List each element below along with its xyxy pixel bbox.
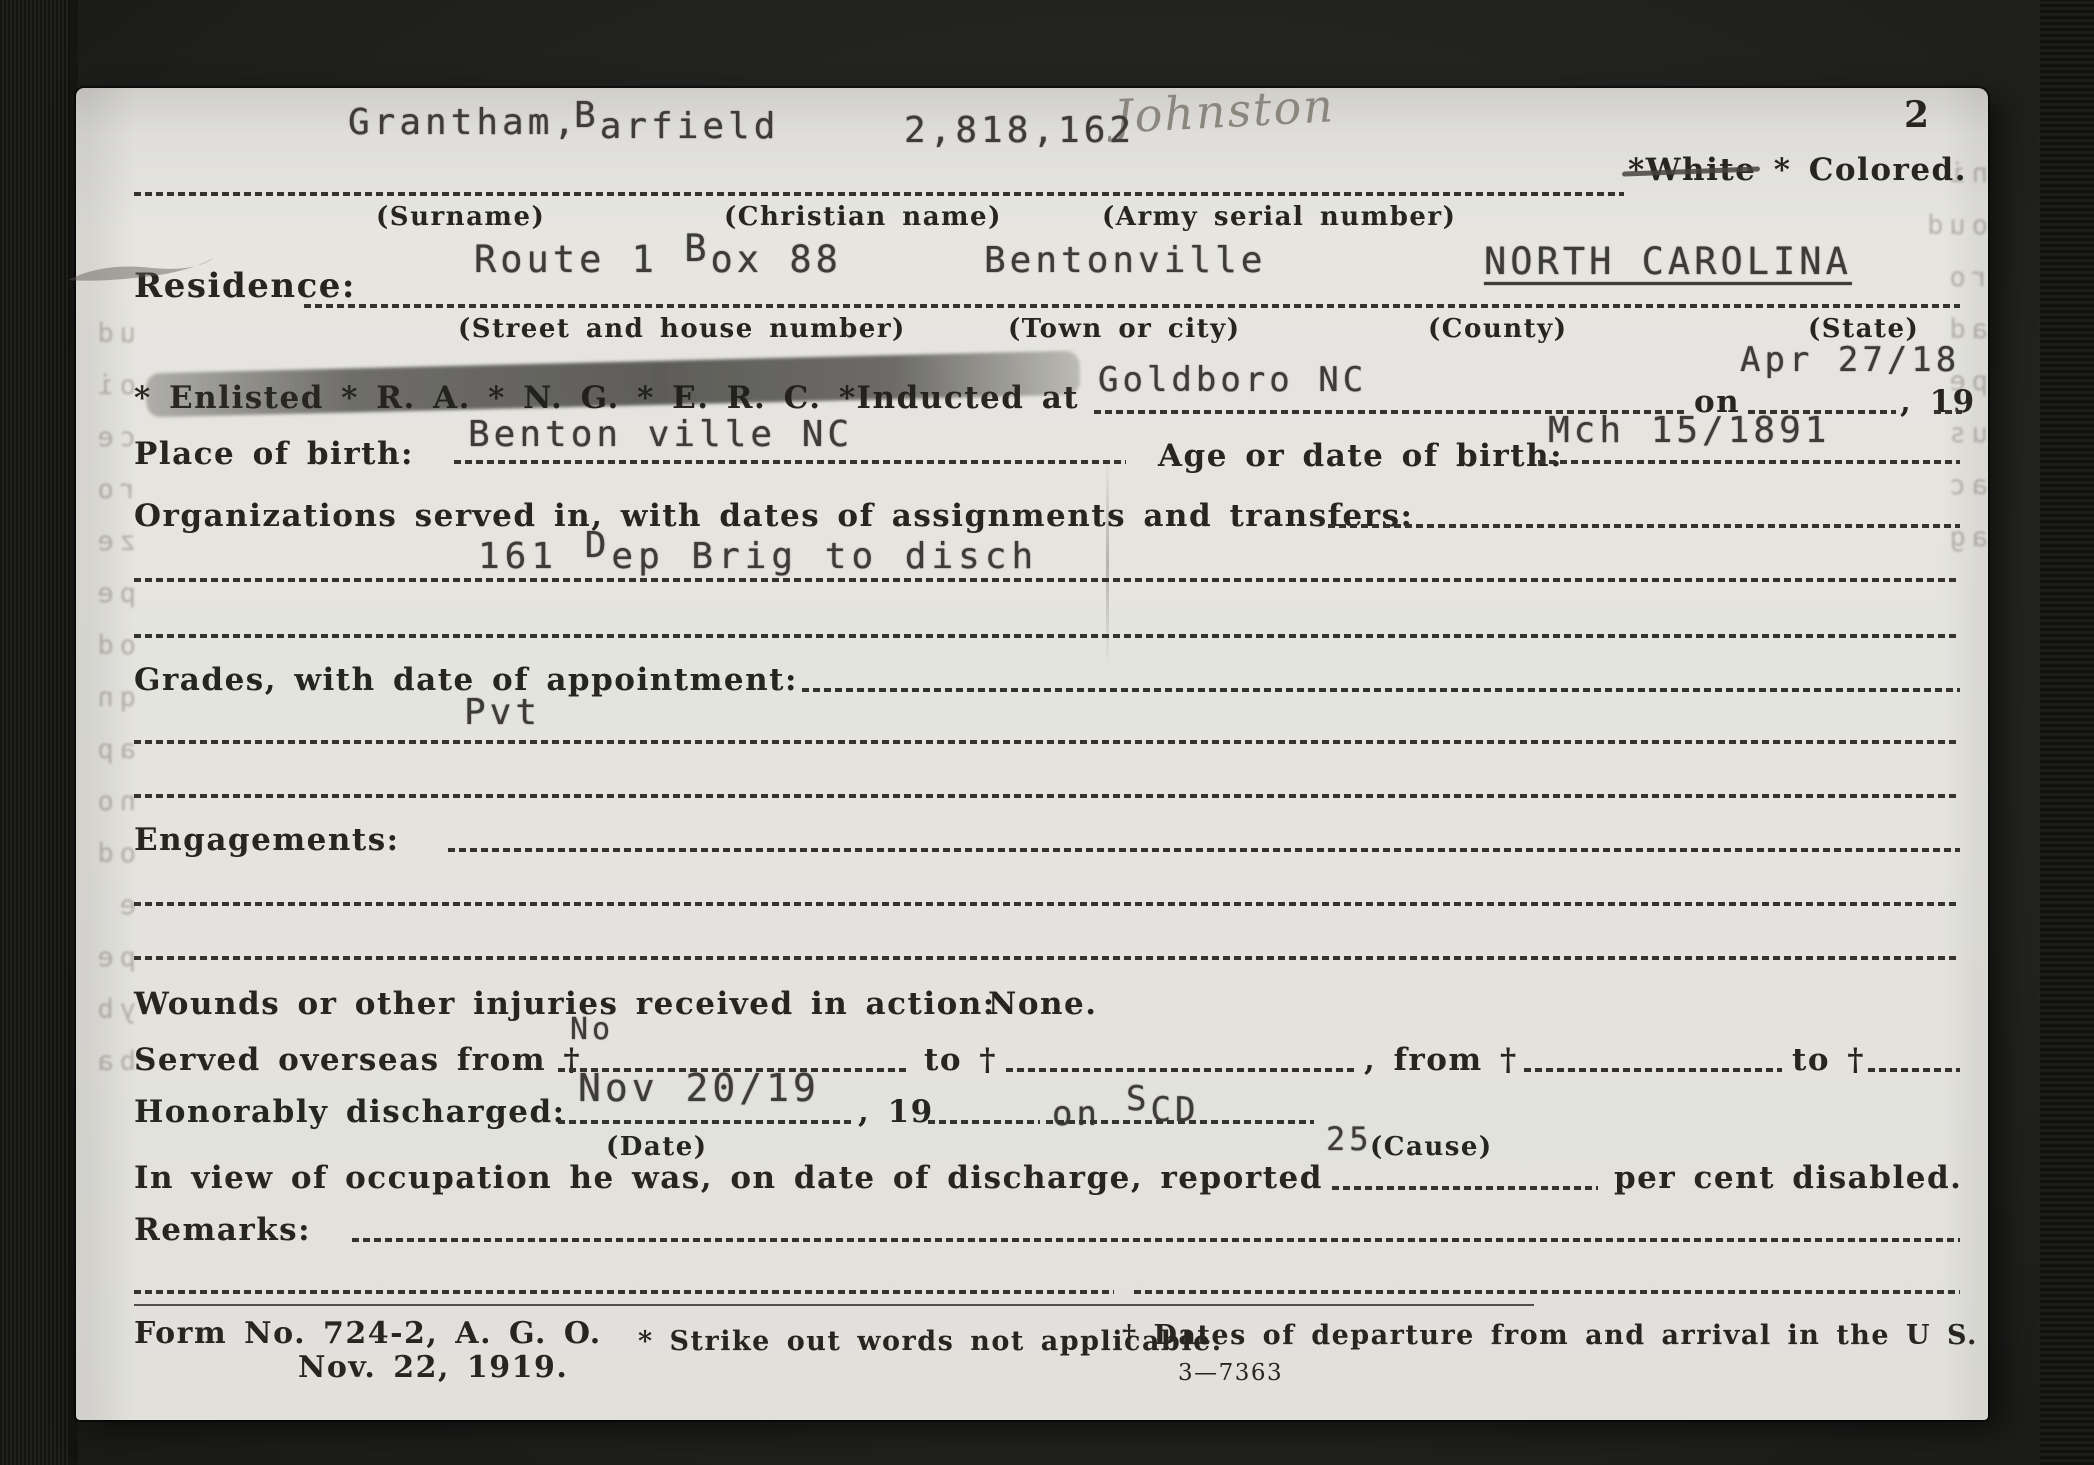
solid-rule (134, 1304, 1534, 1306)
dotted-line (454, 460, 1126, 464)
organizations-value: 161 Dep Brig to disch (478, 536, 1038, 577)
surname-label: (Surname) (376, 202, 545, 232)
percent-disabled-label: per cent disabled. (1614, 1160, 1962, 1196)
organizations-label: Organizations served in, with dates of a… (134, 498, 1413, 534)
disabled-percent-value: 25 (1326, 1120, 1373, 1158)
dotted-line (448, 848, 1960, 852)
county-handwritten: Johnston (1113, 78, 1336, 143)
scan-right-border (2040, 0, 2094, 1465)
bleedthrough-text-left: ud oi ce ro ze pe od qn ap no od e pe yb… (78, 308, 136, 1088)
dotted-line (134, 740, 1960, 744)
birth-place-value: Benton ville NC (468, 414, 853, 455)
cause-label: (Cause) (1370, 1132, 1493, 1162)
christian-name-label: (Christian name) (724, 202, 1002, 232)
dotted-line (928, 1120, 1040, 1124)
dotted-line (352, 1238, 1960, 1242)
birth-date-label: Age or date of birth: (1158, 438, 1563, 474)
serial-number-label: (Army serial number) (1102, 202, 1456, 232)
race-white-struck: *White (1628, 152, 1756, 188)
dotted-line (304, 304, 1960, 308)
dotted-line (1328, 524, 1960, 528)
print-code: 3—7363 (1178, 1360, 1283, 1386)
dotted-line (134, 794, 1960, 798)
overseas-to2-label: to † (1792, 1042, 1865, 1078)
street-label: (Street and house number) (458, 314, 906, 344)
wounds-value: None. (988, 986, 1098, 1022)
cause-s-initial: S (1126, 1079, 1150, 1119)
race-designation: *White * Colored. (1628, 152, 1967, 188)
dotted-line (1524, 1068, 1782, 1072)
dotted-line (1046, 1120, 1314, 1124)
street-box-initial: B (684, 227, 710, 270)
dotted-line (1332, 1186, 1598, 1190)
county-label: (County) (1428, 314, 1568, 344)
discharge-year-label: , 19 (858, 1094, 934, 1130)
discharge-date-value: Nov 20/19 (578, 1066, 820, 1110)
christian-name-value: Barfield (574, 106, 779, 147)
occupation-label: In view of occupation he was, on date of… (134, 1160, 1323, 1196)
dotted-line (134, 634, 1960, 638)
date-label: (Date) (606, 1132, 708, 1162)
dotted-line (1538, 460, 1960, 464)
dotted-line (134, 902, 1960, 906)
dotted-rule (134, 1290, 1114, 1294)
birth-place-label: Place of birth: (134, 436, 414, 472)
dotted-line (1934, 410, 1962, 414)
dotted-line (1868, 1068, 1960, 1072)
serial-number-value: 2,818,162 (904, 110, 1135, 151)
form-date: Nov. 22, 1919. (298, 1350, 568, 1385)
org-dep-initial: D (585, 525, 612, 566)
induction-date-value: Apr 27/18 (1740, 340, 1960, 380)
wounds-label: Wounds or other injuries received in act… (134, 986, 996, 1022)
dagger-note: † Dates of departure from and arrival in… (1122, 1320, 1978, 1351)
year-19-label: , 19 (1900, 384, 1976, 420)
overseas-to1-label: to † (924, 1042, 997, 1078)
engagements-label: Engagements: (134, 822, 400, 858)
race-colored: * Colored. (1774, 152, 1967, 188)
discharge-label: Honorably discharged: (134, 1094, 566, 1130)
dotted-line (1006, 1068, 1358, 1072)
scanned-page: ud oi ce ro ze pe od qn ap no od e pe yb… (0, 0, 2094, 1465)
page-number: 2 (1904, 94, 1931, 136)
surname-value: Grantham, (348, 102, 579, 143)
dotted-rule (1134, 1290, 1960, 1294)
discharge-cause-on: on (1052, 1094, 1101, 1134)
state-value: NORTH CAROLINA (1484, 240, 1852, 283)
dotted-line (134, 578, 1960, 582)
street-value: Route 1 Box 88 (474, 238, 842, 281)
dotted-line (134, 956, 1960, 960)
dotted-line (802, 688, 1960, 692)
birth-date-value: Mch 15/1891 (1548, 410, 1830, 451)
dotted-line (134, 192, 1624, 196)
overseas-from2-label: , from † (1364, 1042, 1518, 1078)
form-number: Form No. 724-2, A. G. O. (134, 1316, 602, 1351)
grades-value: Pvt (464, 692, 541, 733)
dotted-line (558, 1120, 854, 1124)
discharge-cause-value: SCD (1126, 1090, 1199, 1130)
town-value: Bentonville (984, 240, 1266, 281)
town-label: (Town or city) (1008, 314, 1241, 344)
scan-left-border (0, 0, 70, 1465)
christian-initial: B (574, 95, 600, 136)
service-record-card: ud oi ce ro ze pe od qn ap no od e pe yb… (76, 88, 1988, 1420)
induction-place-value: Goldboro NC (1098, 360, 1367, 400)
remarks-label: Remarks: (134, 1212, 311, 1248)
pencil-smudge (64, 244, 244, 294)
overseas-label: Served overseas from † (134, 1042, 581, 1078)
